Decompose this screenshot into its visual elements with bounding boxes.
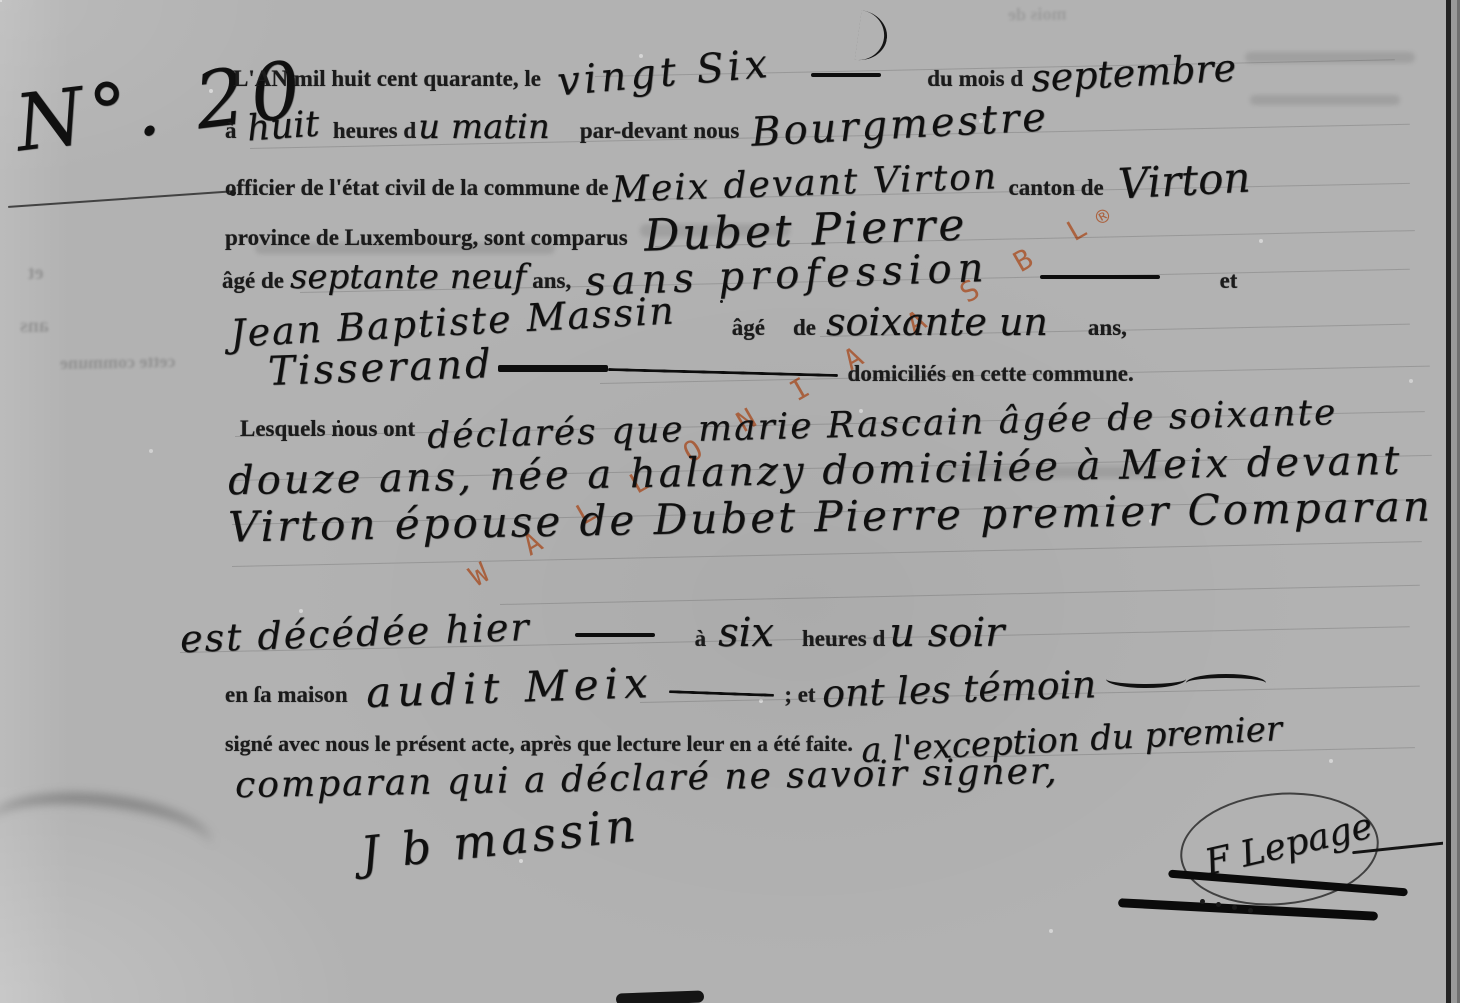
hw-death-statement: est décédée hier: [179, 605, 531, 661]
hw-officer-title: Bourgmestre: [750, 94, 1050, 156]
act-line-1: L'AN mil huit cent quarante, le vingt Si…: [233, 50, 1236, 96]
bleedthrough-smear: [1250, 95, 1400, 105]
printed-text: province de Luxembourg, sont comparus: [225, 225, 628, 251]
printed-text: en ſa maison: [225, 682, 348, 708]
ink-dash: [498, 365, 608, 372]
hw-declarant2-profession: Tisserand: [267, 341, 494, 395]
pencil-smudge: [0, 783, 217, 886]
printed-text: Lesquels nous ont: [240, 416, 415, 442]
ink-swoosh: [1186, 674, 1266, 692]
ink-swoosh: [1106, 670, 1186, 688]
ink-dot: [1216, 902, 1221, 907]
signature-oval: F Lepage: [1175, 785, 1383, 914]
witness-signature: J b massin: [358, 798, 642, 881]
hw-declaration: Virton épouse de Dubet Pierre premier Co…: [228, 481, 1434, 551]
hw-canton: Virton: [1117, 153, 1252, 209]
hw-time-of-day: u matin: [418, 107, 550, 147]
printed-text: heures d: [802, 626, 885, 652]
ruled-line: [500, 585, 1420, 605]
act-line-12: en ſa maison audit Meix ; et ont les tém…: [225, 663, 1266, 712]
ink-dash: [575, 633, 655, 637]
printed-text: ; et: [784, 682, 815, 708]
hw-hour: huit: [245, 104, 320, 150]
bleedthrough-fragment: cette commune: [60, 351, 176, 374]
ink-dot: [1248, 908, 1253, 913]
printed-text: et: [1220, 268, 1238, 294]
hw-time-of-day: u soir: [889, 610, 1004, 656]
act-line-3: officier de l'état civil de la commune d…: [225, 156, 1250, 205]
printed-text: heures d: [333, 118, 416, 144]
act-line-6: Jean Baptiste Massin âgé de soixante un …: [230, 300, 1127, 344]
paper-speckles: [0, 0, 2, 2]
bleedthrough-fragment: et: [28, 262, 44, 285]
printed-text: officier de l'état civil de la commune d…: [225, 175, 608, 201]
bleedthrough-smear: [1245, 52, 1415, 63]
ink-dash: [811, 73, 881, 77]
hw-death-hour: six: [718, 610, 774, 656]
ink-dot: [1200, 899, 1205, 904]
printed-text: canton de: [1009, 175, 1104, 201]
hw-death-place: audit Meix: [365, 658, 654, 717]
act-line-2: à huit heures d u matin par-devant nous …: [225, 102, 1049, 148]
officer-signature: F Lepage: [1201, 806, 1376, 884]
hw-declarant2-age: soixante un: [826, 300, 1048, 344]
ink-dash: [1040, 275, 1160, 279]
hw-day: vingt Six: [555, 41, 773, 106]
printed-text: ans,: [1088, 315, 1127, 341]
printed-text: domiciliés en cette commune.: [848, 361, 1134, 387]
printed-text: âgé: [732, 315, 765, 341]
act-line-8: Lesquels nous ont déclarés que marie Ras…: [240, 404, 1337, 445]
page-edge: [1443, 0, 1460, 1003]
printed-text: de: [793, 315, 816, 341]
printed-text: âgé de: [222, 268, 284, 294]
act-line-10: Virton épouse de Dubet Pierre premier Co…: [228, 492, 1433, 541]
act-line-7: Tisserand domiciliés en cette commune.: [268, 345, 1134, 391]
printed-text: L'AN mil huit cent quarante, le: [233, 66, 541, 92]
printed-text: signé avec nous le présent acte, après q…: [225, 731, 853, 757]
act-line-5: âgé de septante neuf ans, sans professio…: [222, 252, 1237, 298]
printed-text: par-devant nous: [580, 118, 740, 144]
death-record-scan: et ans cette commune mois de W A L L O N…: [0, 0, 1460, 1003]
printed-text: du mois d: [927, 66, 1023, 92]
ink-mark: [616, 990, 704, 1003]
act-line-11: est décédée hier à six heures d u soir: [180, 610, 1004, 656]
act-line-13: signé avec nous le présent acte, après q…: [225, 720, 1282, 760]
ink-dot: [1232, 905, 1237, 910]
hw-exception-clause: comparan qui a déclaré ne savoir signer,: [235, 751, 1059, 806]
hw-witnesses: ont les témoin: [821, 662, 1097, 716]
bleedthrough-fragment: mois de: [1008, 3, 1067, 25]
printed-text: à: [695, 626, 707, 652]
hw-month: septembre: [1030, 46, 1237, 101]
ink-dash: [669, 690, 774, 697]
printed-text: ans,: [532, 268, 571, 294]
act-line-14: comparan qui a déclaré ne savoir signer,: [235, 758, 1059, 799]
ink-dash: [608, 368, 838, 377]
pen-stroke: [8, 190, 233, 208]
hw-declarant1-age: septante neuf: [290, 257, 526, 297]
act-line-4: province de Luxembourg, sont comparus Du…: [225, 205, 967, 256]
bleedthrough-fragment: ans: [20, 315, 49, 339]
printed-text: à: [225, 118, 237, 144]
